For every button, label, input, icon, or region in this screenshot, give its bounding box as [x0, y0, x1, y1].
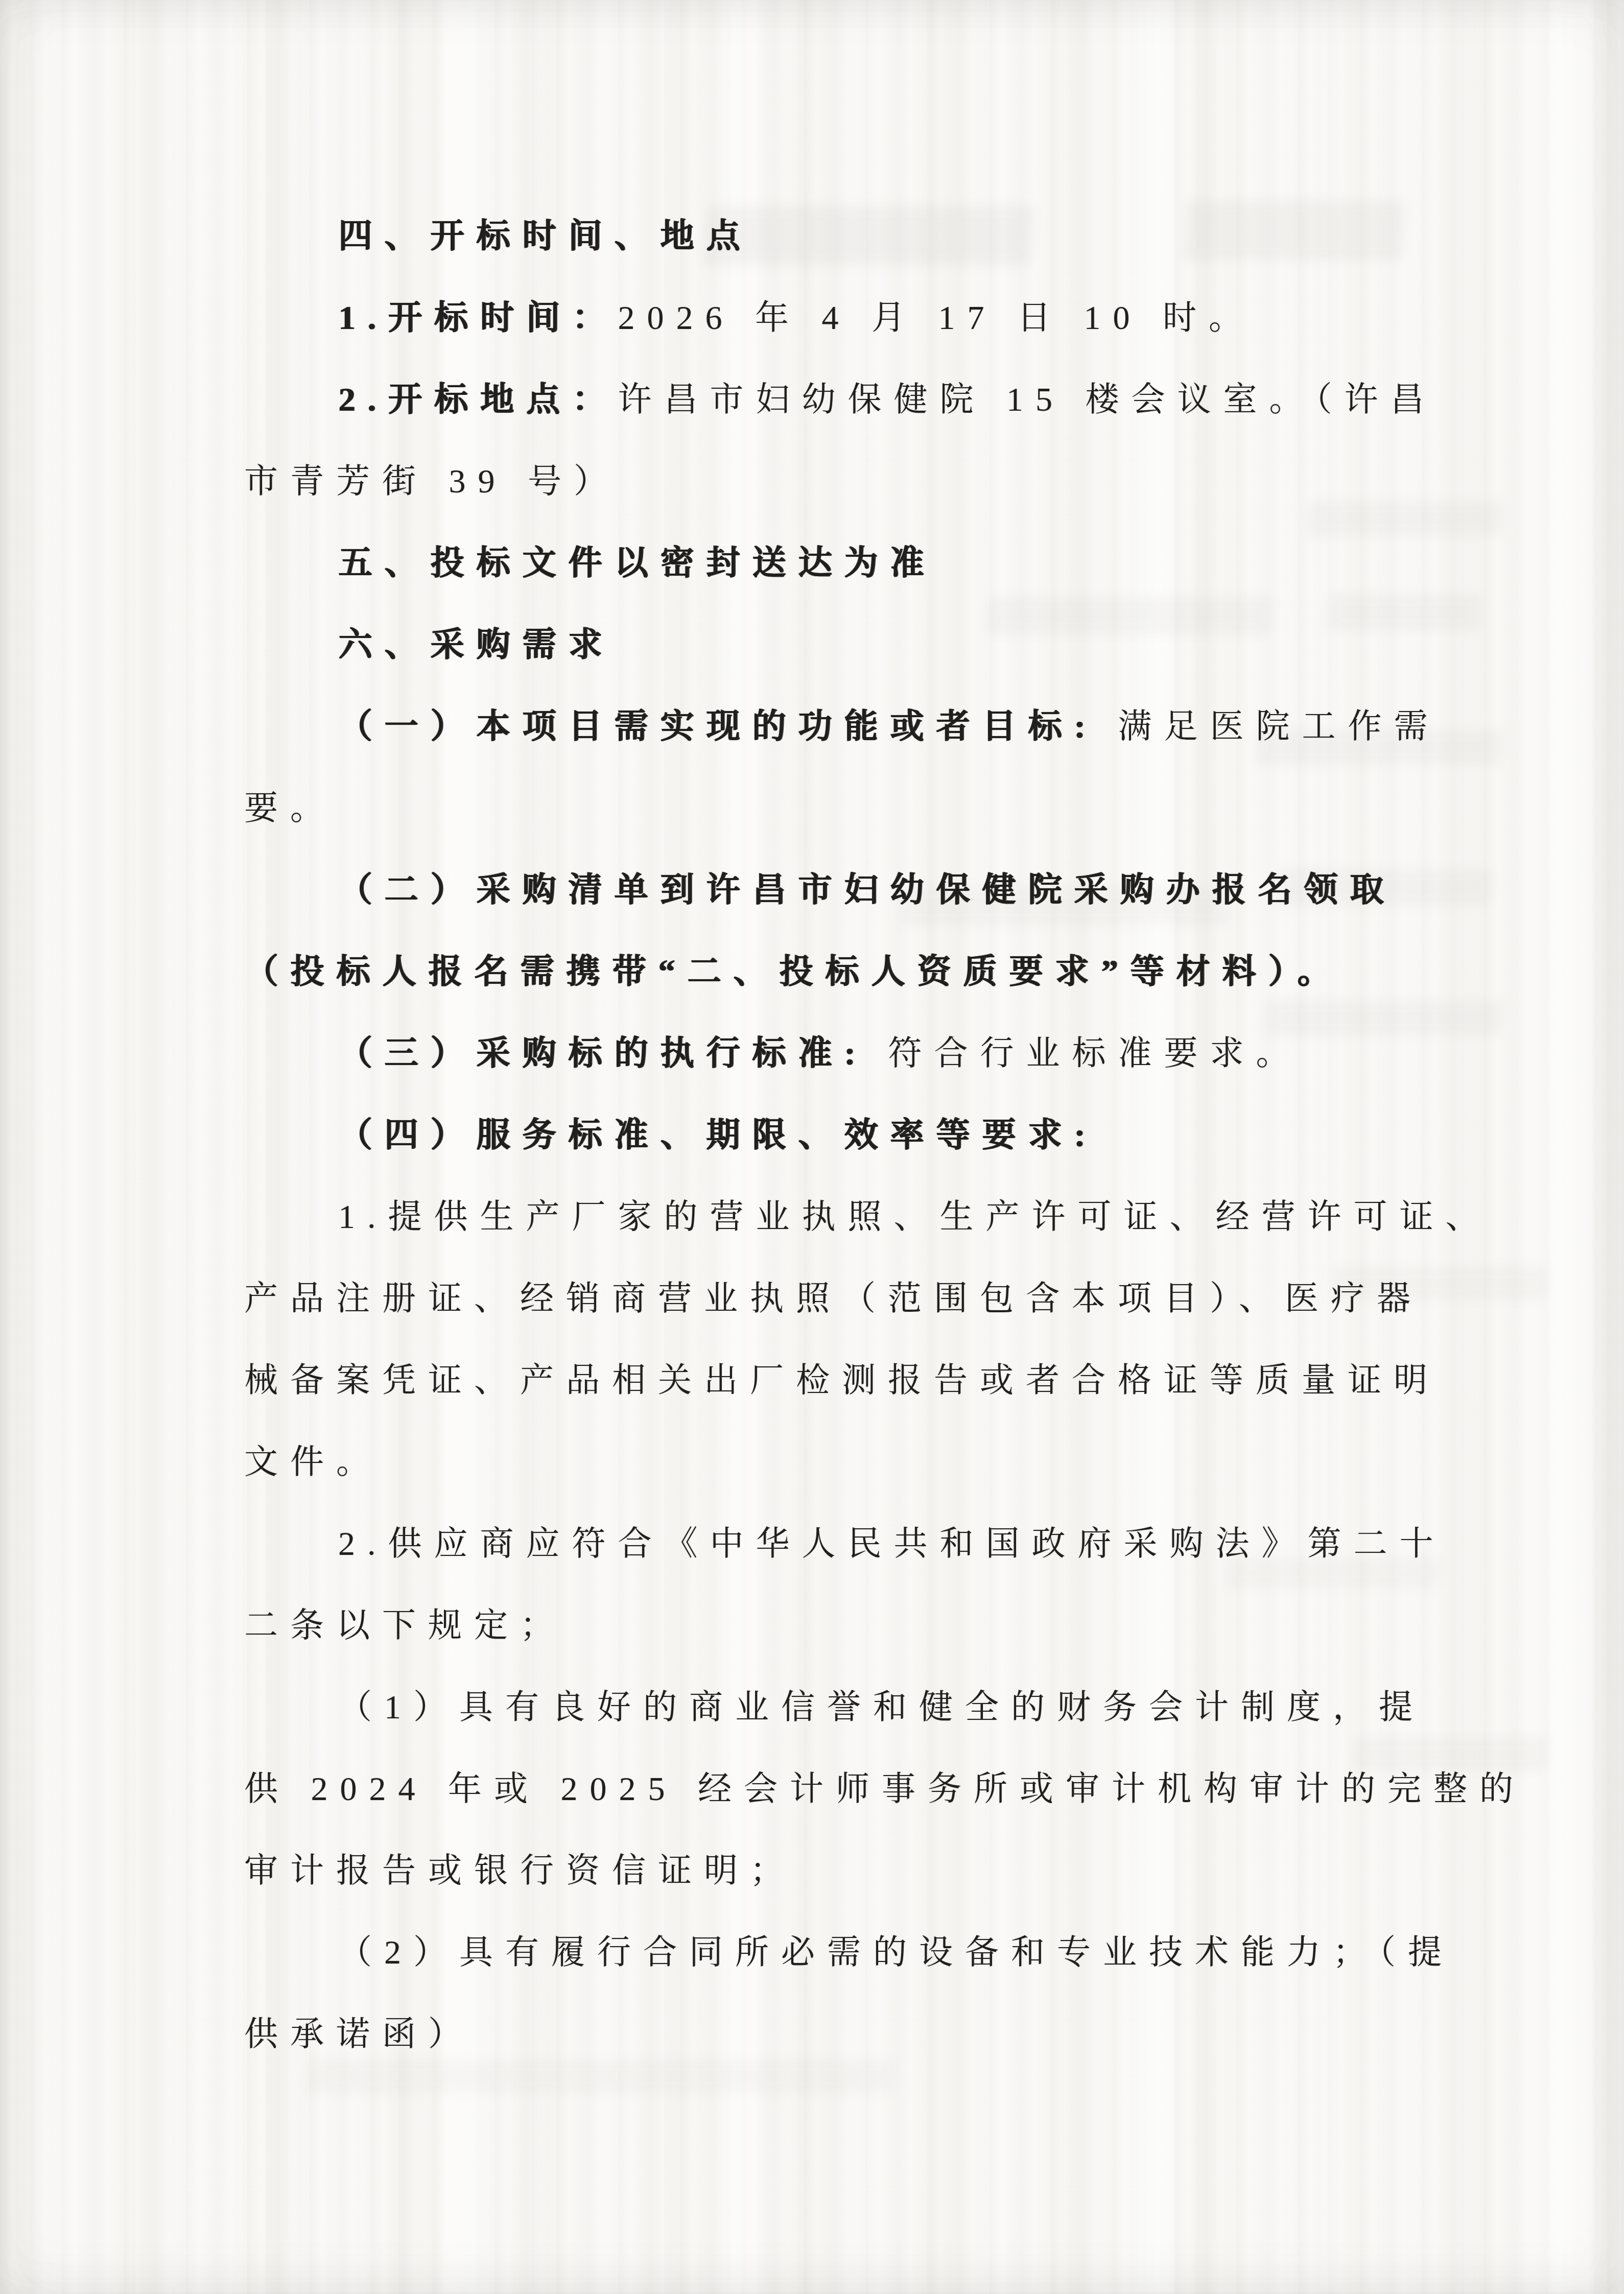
- body-text: 1.提供生产厂家的营业执照、生产许可证、经营许可证、: [338, 1198, 1492, 1236]
- emphasis-text: 1.开标时间：: [338, 299, 618, 337]
- text-line: 市青芳街 39 号）: [244, 441, 1501, 523]
- emphasis-text: 2.开标地点：: [338, 381, 618, 418]
- text-line: 五、投标文件以密封送达为准: [244, 523, 1501, 604]
- body-text: （1）具有良好的商业信誉和健全的财务会计制度，提: [338, 1689, 1425, 1726]
- body-text: 械备案凭证、产品相关出厂检测报告或者合格证等质量证明: [244, 1362, 1440, 1399]
- text-line: 六、采购需求: [244, 604, 1501, 686]
- body-text: 2.供应商应符合《中华人民共和国政府采购法》第二十: [338, 1525, 1446, 1563]
- text-line: 2.开标地点：许昌市妇幼保健院 15 楼会议室。（许昌: [244, 359, 1501, 441]
- text-line: 四、开标时间、地点: [244, 196, 1501, 277]
- text-line: 要。: [244, 768, 1501, 849]
- emphasis-text: （一）本项目需实现的功能或者目标:: [338, 708, 1097, 745]
- emphasis-text: （三）采购标的执行标准:: [338, 1035, 867, 1072]
- text-line: （一）本项目需实现的功能或者目标: 满足医院工作需: [244, 686, 1501, 768]
- body-text: 许昌市妇幼保健院 15 楼会议室。（许昌: [618, 381, 1437, 418]
- scan-streak: [1548, 0, 1591, 2294]
- text-line: （二）采购清单到许昌市妇幼保健院采购办报名领取: [244, 849, 1501, 931]
- body-text: 文件。: [244, 1444, 382, 1481]
- text-line: 1.提供生产厂家的营业执照、生产许可证、经营许可证、: [244, 1176, 1501, 1258]
- emphasis-text: （四）服务标准、期限、效率等要求:: [338, 1117, 1097, 1154]
- text-line: 械备案凭证、产品相关出厂检测报告或者合格证等质量证明: [244, 1340, 1501, 1422]
- text-line: 2.供应商应符合《中华人民共和国政府采购法》第二十: [244, 1503, 1501, 1585]
- text-line: 供 2024 年或 2025 经会计师事务所或审计机构审计的完整的: [244, 1748, 1501, 1830]
- body-text: 满足医院工作需: [1097, 708, 1440, 745]
- emphasis-text: 六、采购需求: [338, 626, 614, 664]
- text-line: （2）具有履行合同所必需的设备和专业技术能力；（提: [244, 1912, 1501, 1994]
- text-line: 审计报告或银行资信证明；: [244, 1830, 1501, 1912]
- body-text: 供 2024 年或 2025 经会计师事务所或审计机构审计的完整的: [244, 1770, 1525, 1808]
- text-line: （投标人报名需携带“二、投标人资质要求”等材料）。: [244, 931, 1501, 1013]
- emphasis-text: （二）采购清单到许昌市妇幼保健院采购办报名领取: [338, 871, 1396, 909]
- emphasis-text: 五、投标文件以密封送达为准: [338, 545, 936, 582]
- body-text: 二条以下规定；: [244, 1607, 566, 1644]
- scanned-document-page: { "page": { "paper_color": "#f6f5f2", "i…: [0, 0, 1624, 2294]
- text-line: （三）采购标的执行标准: 符合行业标准要求。: [244, 1013, 1501, 1095]
- text-line: （四）服务标准、期限、效率等要求:: [244, 1095, 1501, 1176]
- text-line: 二条以下规定；: [244, 1585, 1501, 1667]
- body-text: 市青芳街 39 号）: [244, 463, 620, 500]
- text-line: 文件。: [244, 1422, 1501, 1503]
- body-text: 产品注册证、经销商营业执照（范围包含本项目）、医疗器: [244, 1280, 1423, 1317]
- emphasis-text: 四、开标时间、地点: [338, 218, 752, 255]
- emphasis-text: （投标人报名需携带“二、投标人资质要求”等材料）。: [244, 953, 1343, 990]
- body-text: 2026 年 4 月 17 日 10 时。: [618, 299, 1255, 337]
- body-text: 审计报告或银行资信证明；: [244, 1852, 796, 1889]
- document-body: 四、开标时间、地点1.开标时间：2026 年 4 月 17 日 10 时。2.开…: [244, 196, 1501, 2075]
- body-text: 符合行业标准要求。: [867, 1035, 1302, 1072]
- body-text: 要。: [244, 790, 336, 827]
- text-line: （1）具有良好的商业信誉和健全的财务会计制度，提: [244, 1667, 1501, 1748]
- text-line: 供承诺函）: [244, 1994, 1501, 2075]
- text-line: 产品注册证、经销商营业执照（范围包含本项目）、医疗器: [244, 1258, 1501, 1340]
- body-text: 供承诺函）: [244, 2016, 474, 2053]
- text-line: 1.开标时间：2026 年 4 月 17 日 10 时。: [244, 277, 1501, 359]
- body-text: （2）具有履行合同所必需的设备和专业技术能力；（提: [338, 1934, 1454, 1971]
